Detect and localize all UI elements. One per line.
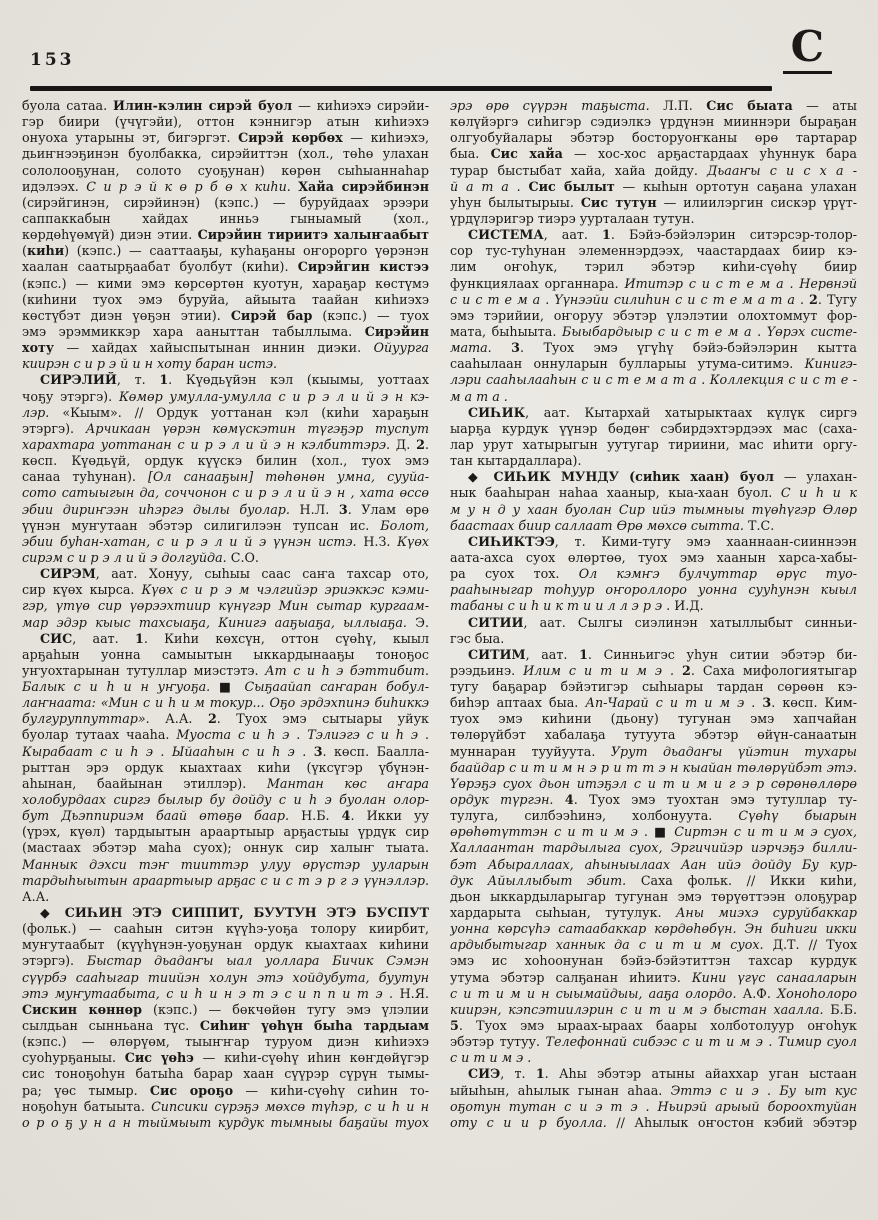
text-segment: СИҺИК	[468, 405, 525, 420]
text-line: булгуруппуттар». А.А. 2. Туох эмэ сытыар…	[22, 711, 429, 727]
text-line: ра; үөс тымыр. Сис ороҕо — киһи-сүөһү си…	[22, 1083, 429, 1099]
text-segment: мата.	[450, 340, 492, 355]
text-segment: Ап-Чарай с и т и м э .	[585, 695, 755, 710]
text-line: арҕаһын уонна самыытын ыккардынааҕы тоно…	[22, 647, 429, 663]
text-line: сор тус-туһунан элеменнэрдээх, чаастарда…	[450, 243, 857, 259]
text-line: лэри сааһылааһын с и с т е м а т а . Кол…	[450, 372, 857, 388]
text-line: А.А.	[22, 889, 429, 905]
text-line: уһун былытырыы. Сис тутун — илиилэргин с…	[450, 195, 857, 211]
text-line: (үрэх, күөл) тардыытын араартыыр арҕасты…	[22, 824, 429, 840]
text-segment: , аат. Сылгы сиэлинэн хатыллыбыт синньи-	[524, 615, 857, 630]
text-segment: лэр.	[22, 405, 49, 420]
text-segment: баайдар с и т и м н э р и т т э н кыайан…	[450, 760, 857, 775]
text-segment: 1	[159, 372, 168, 387]
text-segment: 4	[565, 792, 574, 807]
text-line: мар эдэр кыыс тахсыаҕа, Кинигэ ааҕыаҕа, …	[22, 615, 429, 631]
text-segment: . Туох эмэ сытыары уйук	[217, 711, 429, 726]
text-line: бэт Абыраллаах, аһыныылаах Аан ийэ дойду…	[450, 857, 857, 873]
text-line: рыттан эрэ ордук кыахтаах киһи (үксүгэр …	[22, 760, 429, 776]
text-line: рааһыныгар тоһуур оҥороллоро уонна сууһу…	[450, 582, 857, 598]
text-line: хаалан саатырҕаабат буолбут (киһи). Сирэ…	[22, 259, 429, 275]
text-line: тулуга, силбээһинэ, холбонуута. Сүөһү бы…	[450, 808, 857, 824]
text-segment: лаҥнаата: «Мин с и һ и м токур... Оҕо эр…	[22, 695, 429, 710]
text-line: ноҕоһун батыыта. Сипсики сүрэҕэ мөхсө тү…	[22, 1099, 429, 1115]
text-segment: (кэпс.) — өлөрүөм, тыыҥҥар туруом диэн к…	[22, 1034, 429, 1049]
text-segment: ыйыһын, аһылык гынан аһаа.	[450, 1083, 671, 1098]
text-line: холобурдаах сиргэ былыр бу дойду с и һ э…	[22, 792, 429, 808]
text-segment: — киһи-сүөһү иһин көҥдөйүгэр	[194, 1050, 429, 1065]
text-segment: Сипсики сүрэҕэ мөхсө түһэр, с и һ и н	[151, 1099, 429, 1114]
text-segment: 3	[339, 502, 348, 517]
text-segment: 1	[135, 631, 144, 646]
text-segment: лэри сааһылааһын с и с т е м а т а . Кол…	[450, 372, 857, 387]
text-segment: көрдөһүөмүй) диэн этии.	[22, 227, 198, 242]
text-segment: 1	[602, 227, 611, 242]
text-line: көлүйэргэ сиһигэр сэдиэлкэ үрдүнэн миинн…	[450, 114, 857, 130]
text-line: идэлээх. С и р э й к ө р б ө х киһи. Хай…	[22, 179, 429, 195]
text-segment: , т.	[500, 1066, 536, 1081]
text-segment: (киһини туох эмэ буруйа, айыыта таайан к…	[22, 292, 429, 307]
text-segment: чоҕу этэргэ).	[22, 389, 119, 404]
text-line: сирэм с и р э л и й э долгуйда. С.О.	[22, 550, 429, 566]
text-line: лаҥнаата: «Мин с и һ и м токур... Оҕо эр…	[22, 695, 429, 711]
text-line: этэргэ). Быстар дьадаҥы ыал уоллара Бичи…	[22, 953, 429, 969]
text-segment: рыттан эрэ ордук кыахтаах киһи (үксүгэр …	[22, 760, 429, 775]
text-line: сололооҕунан, солото суоҕунан) көрөн сыһ…	[22, 163, 429, 179]
text-segment: . Синньигэс уһун ситии эбэтэр би-	[588, 647, 857, 662]
text-line: СИРЭЛИЙ, т. 1. Күөдьүйэн кэл (кыымы, уот…	[22, 372, 429, 388]
text-segment: ■	[648, 824, 674, 839]
text-segment: Күөх	[397, 534, 429, 549]
text-segment: Ититэр с и с т е м а . Нервнэй	[625, 276, 857, 291]
text-segment: холобурдаах сиргэ былыр бу дойду с и һ э…	[22, 792, 429, 807]
text-segment: — хайдах хайыспытынан иннин диэки.	[54, 340, 374, 355]
text-segment: Сис тутун	[581, 195, 657, 210]
text-segment: уонна көрсүһэ сатаабаккар көрдөһөбүн. Эн…	[450, 921, 857, 936]
text-line: этэргэ). Арчикаан үөрэн көмүскэтин түгэҕ…	[22, 421, 429, 437]
text-line: Маннык дэхси тэҥ тииттэр улуу өрүстэр уу…	[22, 857, 429, 873]
column-left: буола сатаа. Илин-кэлин сирэй буол — киһ…	[22, 98, 429, 1131]
text-segment: с и т и м и н сыымайдыы, ааҕа олордо.	[450, 986, 736, 1001]
text-segment: (үрэх, күөл) тардыытын араартыыр арҕасты…	[22, 824, 429, 839]
text-segment: Сис ороҕо	[150, 1083, 233, 1098]
text-segment: муҥутаабыт (күүһүнэн-уоҕунан ордук кыахт…	[22, 937, 429, 952]
text-segment: . Туох эмэ туохтан эмэ тутуллар ту-	[574, 792, 857, 807]
text-segment: СИЭ	[468, 1066, 500, 1081]
text-line: мата. 3. Туох эмэ үгүһү бэйэ-бэйэлэрин к…	[450, 340, 857, 356]
text-segment: буолар тутаах чааһа.	[22, 727, 176, 742]
text-line: м а т а .	[450, 389, 857, 405]
text-segment: , аат.	[526, 647, 580, 662]
text-segment: гэс быа.	[450, 631, 504, 646]
text-segment: көстүбэт диэн үөҕэн этии).	[22, 308, 231, 323]
text-line: эбии дириҥээн иһэргэ дылы буолар. Н.Л. 3…	[22, 502, 429, 518]
text-segment: тугу баҕарар бэйэтигэр сыһыары тардан сө…	[450, 679, 857, 694]
text-segment: И.Д.	[670, 598, 703, 613]
text-line: ыарҕа курдук үүнэр бөдөҥ сэбирдэхтэрдээх…	[450, 421, 857, 437]
text-segment: 2	[416, 437, 425, 452]
text-segment: эмэ ис хоһоонунан бэйэ-бэйэтиттэн тахсар…	[450, 953, 857, 968]
text-segment: киһи	[27, 243, 64, 258]
text-line: олгуобуйалары эбэтэр босторуоҥканы өрө т…	[450, 130, 857, 146]
text-line: эбэтэр тутуу. Телефоннай сибээс с и т и …	[450, 1034, 857, 1050]
text-segment: Д.	[390, 437, 416, 452]
text-segment: Н.Л.	[290, 502, 339, 517]
text-segment: сылдьан сынньана түс.	[22, 1018, 200, 1033]
text-segment: киирэн, кэпсэтиилэрин с и т и м э быстан…	[450, 1002, 824, 1017]
text-line: Кырабаат с и һ э . Ыйааһын с и һ э . 3. …	[22, 744, 429, 760]
text-line: турар быстыбат хайа, хайа дойду. Дьааҥы …	[450, 163, 857, 179]
text-segment: Кини үгүс санааларын	[692, 970, 857, 985]
text-line: ардыбытыгар ханнык да с и т и м суох. Д.…	[450, 937, 857, 953]
text-segment: — улахан-	[774, 469, 857, 484]
text-segment: Болот,	[380, 518, 429, 533]
text-segment: СИТИИ	[468, 615, 524, 630]
text-line: киирэн с и р э й и н хоту баран истэ.	[22, 356, 429, 372]
text-line: (киһини туох эмэ буруйа, айыыта таайан к…	[22, 292, 429, 308]
text-line: о р о ҕ у н а н тыймыыт курдук тымныы ба…	[22, 1115, 429, 1131]
text-segment: . көсп. Ким-	[771, 695, 857, 710]
text-segment: Эттэ с и э . Бу ыт кус	[671, 1083, 857, 1098]
text-segment: 2	[809, 292, 818, 307]
text-segment: Сис хайа	[491, 146, 563, 161]
text-segment: хардарыта сыһыан, тутулук.	[450, 905, 676, 920]
text-segment: рааһыныгар тоһуур оҥороллоро уонна сууһу…	[450, 582, 857, 597]
text-line: дьон ыккардыларыгар тугунан эмэ төрүөттэ…	[450, 889, 857, 905]
text-segment: Илим с и т и м э .	[523, 663, 674, 678]
text-segment: Э.	[407, 615, 429, 630]
text-segment: буола сатаа.	[22, 98, 113, 113]
text-line: бут Дьэппириэм баай өтөҕө баар. Н.Б. 4. …	[22, 808, 429, 824]
text-line: аһынан, баайынан этиллэр). Мантан көс аҥ…	[22, 776, 429, 792]
text-line: сото сатыыгын да, соччонон с и р э л и й…	[22, 485, 429, 501]
text-segment: ноҕоһун батыыта.	[22, 1099, 151, 1114]
text-line: көсп. Күөдьүй, ордук күүскэ билин (хол.,…	[22, 453, 429, 469]
text-segment: 2	[682, 663, 691, 678]
text-segment: төлөрүйбэт хабалаҕа тутуута эбэтэр өйүн-…	[450, 727, 857, 742]
text-segment: аһынан, баайынан этиллэр).	[22, 776, 267, 791]
text-line: санаа туһунан). [Ол санааҕын] төһөнөн ум…	[22, 469, 429, 485]
text-line: харахтара уоттанан с и р э л и й э н кэл…	[22, 437, 429, 453]
text-segment: С и р э й к ө р б ө х киһи.	[86, 179, 291, 194]
text-segment: (мастаах эбэтэр маһа суох); оннук сир ха…	[22, 840, 429, 855]
text-segment: . Саха мифологиятыгар	[691, 663, 857, 678]
text-segment: — аты	[793, 98, 857, 113]
text-segment: үрдүлэригэр тиэрэ уурталаан тутун.	[450, 211, 695, 226]
text-segment: быа.	[450, 146, 491, 161]
text-segment	[674, 663, 682, 678]
text-segment: ) (кэпс.) — сааттааҕы, куһаҕаны оҥорорго…	[64, 243, 429, 258]
text-line: СИҺИКТЭЭ, т. Кими-тугу эмэ хааннаан-сиин…	[450, 534, 857, 550]
text-segment: дьон ыккардыларыгар тугунан эмэ төрүөттэ…	[450, 889, 857, 904]
text-segment: Сүөһү быарын	[738, 808, 857, 823]
text-line: ◆ СИҺИК МУНДУ (сиһик хаан) буол — улахан…	[450, 469, 857, 485]
text-segment: 2	[208, 711, 217, 726]
text-segment: бэт Абыраллаах, аһыныылаах Аан ийэ дойду…	[450, 857, 857, 872]
text-line: Үөрэҕэ суох дьон итэҕэл с и т и м и г э …	[450, 776, 857, 792]
text-segment: Сирэйгин кистээ	[298, 259, 429, 274]
text-segment: Илин-кэлин сирэй буол	[113, 98, 292, 113]
text-line: тугу баҕарар бэйэтигэр сыһыары тардан сө…	[450, 679, 857, 695]
text-line: (мастаах эбэтэр маһа суох); оннук сир ха…	[22, 840, 429, 856]
text-segment: Күөх с и р э м чэлгийэр эриэккэс кэми-	[141, 582, 429, 597]
text-line: (фольк.) — сааһын ситэн күүһэ-уоҕа толор…	[22, 921, 429, 937]
text-segment: оҕотун тутан с и э т э . Ньирэй арыый бо…	[450, 1099, 857, 1114]
section-letter: С	[783, 26, 832, 74]
text-line: көстүбэт диэн үөҕэн этии). Сирэй бар (кэ…	[22, 308, 429, 324]
text-segment: А.А.	[22, 889, 49, 904]
text-segment: Урут дьадаҥы үйэтин тухары	[611, 744, 857, 759]
text-segment: Т.С.	[744, 518, 774, 533]
text-segment: булгуруппуттар».	[22, 711, 150, 726]
text-segment: олгуобуйалары эбэтэр босторуоҥканы өрө т…	[450, 130, 857, 145]
text-line: (кэпс.) — өлөрүөм, тыыҥҥар туруом диэн к…	[22, 1034, 429, 1050]
text-segment: суоһурҕаныы.	[22, 1050, 125, 1065]
text-segment: Кырабаат с и һ э . Ыйааһын с и һ э .	[22, 744, 306, 759]
text-segment: Үөрэҕэ суох дьон итэҕэл с и т и м и г э …	[450, 776, 857, 791]
text-line: Сискин көннөр (кэпс.) — бөкчөйөн тугу эм…	[22, 1002, 429, 1018]
text-segment: [Ол санааҕын] төһөнөн умна, сууйа-	[148, 469, 429, 484]
text-segment: Н.Я.	[393, 986, 429, 1001]
text-segment: Хоноһолоро	[777, 986, 857, 1001]
text-segment: Сискин көннөр	[22, 1002, 142, 1017]
text-segment: Аны миэхэ суруйбаккар	[676, 905, 857, 920]
text-segment: . Улам өрө	[348, 502, 429, 517]
text-line: уонна көрсүһэ сатаабаккар көрдөһөбүн. Эн…	[450, 921, 857, 937]
text-line: ра суох тох. Ол кэмҥэ булчуттар өрүс туо…	[450, 566, 857, 582]
text-line: СИС, аат. 1. Киһи көхсүн, оттон сүөһү, к…	[22, 631, 429, 647]
text-segment: 3	[314, 744, 323, 759]
text-line: функциялаах органнара. Ититэр с и с т е …	[450, 276, 857, 292]
text-segment: лар урут хатырыгын уутугар тириини, мас …	[450, 437, 857, 452]
text-segment: үүнэн муҥутаан эбэтэр силигилээн тупсан …	[22, 518, 380, 533]
text-line: эмэ эрэммиккэр хара ааныттан табыллыма. …	[22, 324, 429, 340]
text-segment: Сирэй көрбөх	[238, 130, 343, 145]
text-segment	[553, 792, 564, 807]
text-segment: Дьааҥы с и с х а -	[707, 163, 857, 178]
text-line: баастаах биир саллаат Өрө мөхсө сытта. Т…	[450, 518, 857, 534]
text-segment: Сирэйин	[365, 324, 429, 339]
text-segment: эбии буһан-хатан, с и р э л и й э үүнэн …	[22, 534, 357, 549]
text-segment: арҕаһын уонна самыытын ыккардынааҕы тоно…	[22, 647, 429, 662]
text-line: киирэн, кэпсэтиилэрин с и т и м э быстан…	[450, 1002, 857, 1018]
text-segment: Хайа сирэйбинэн	[298, 179, 429, 194]
text-line: эрэ өрө сүүрэн таҕыста. Л.П. Сис быата —…	[450, 98, 857, 114]
text-line: лар урут хатырыгын уутугар тириини, мас …	[450, 437, 857, 453]
text-line: СИСТЕМА, аат. 1. Бэйэ-бэйэлэрин ситэрсэр…	[450, 227, 857, 243]
text-line: с и с т е м а . Үүнээйи силиһин с и с т …	[450, 292, 857, 308]
text-segment: . Тугу	[818, 292, 857, 307]
text-segment: СИРЭЛИЙ	[40, 372, 117, 387]
text-segment: ордук түргэн.	[450, 792, 553, 807]
column-right: эрэ өрө сүүрэн таҕыста. Л.П. Сис быата —…	[450, 98, 857, 1131]
text-line: эбии буһан-хатан, с и р э л и й э үүнэн …	[22, 534, 429, 550]
text-segment: эмэ эрэммиккэр хара ааныттан табыллыма.	[22, 324, 365, 339]
text-segment: Н.З.	[357, 534, 398, 549]
text-segment: А.А.	[150, 711, 208, 726]
text-segment: . көсп. Баалла-	[323, 744, 429, 759]
text-line: й а т а . Сис былыт — кыһын ортотун саҕа…	[450, 179, 857, 195]
text-segment: Сыҕаайап саҥаран бобул-	[245, 679, 429, 694]
text-line: с и т и м и н сыымайдыы, ааҕа олордо. А.…	[450, 986, 857, 1002]
text-segment: Телефоннай сибээс с и т и м э . Тимир су…	[546, 1034, 857, 1049]
text-segment: этэргэ).	[22, 421, 86, 436]
text-segment: дьиҥнээҕинэн буолбакка, сирэйиттэн (хол.…	[22, 146, 429, 161]
text-line: көрдөһүөмүй) диэн этии. Сирэйин тириитэ …	[22, 227, 429, 243]
text-segment: , аат. Кытархай хатырыктаах күлүк сиргэ	[525, 405, 857, 420]
text-line: гэр биири (үчүгэйи), оттон кэннигэр атын…	[22, 114, 429, 130]
text-segment: рээдьинэ.	[450, 663, 523, 678]
text-segment: Быыбардыыр с и с т е м а . Үөрэх систе-	[562, 324, 857, 339]
text-line: лэр. «Кыым». // Ордук уоттанан кэл (киһи…	[22, 405, 429, 421]
text-segment: Маннык дэхси тэҥ тииттэр улуу өрүстэр уу…	[22, 857, 429, 872]
text-segment: , т. Кими-тугу эмэ хааннаан-сииннээн	[555, 534, 857, 549]
text-line: (киһи) (кэпс.) — сааттааҕы, куһаҕаны оҥо…	[22, 243, 429, 259]
text-segment: Сис үөһэ	[125, 1050, 194, 1065]
text-segment: — киһиэхэ,	[343, 130, 429, 145]
text-segment: .	[425, 437, 429, 452]
text-segment: м а т а .	[450, 389, 508, 404]
text-segment: «Кыым». // Ордук уоттанан кэл (киһи хара…	[49, 405, 429, 420]
text-segment: — киһиэхэ сирэйи-	[292, 98, 429, 113]
text-segment: Сис былыт	[529, 179, 615, 194]
text-line: нык бааһыран наһаа хааныр, кыа-хаан буол…	[450, 485, 857, 501]
text-segment: мата, быһыыта.	[450, 324, 562, 339]
text-line: баайдар с и т и м н э р и т т э н кыайан…	[450, 760, 857, 776]
text-line: онуоха утарыны эт, бигэргэт. Сирэй көрбө…	[22, 130, 429, 146]
text-segment: Сиртэн с и т и м э суох,	[674, 824, 857, 839]
text-line: рээдьинэ. Илим с и т и м э . 2. Саха миф…	[450, 663, 857, 679]
text-segment: идэлээх.	[22, 179, 86, 194]
text-segment: , т.	[117, 372, 159, 387]
text-segment: Н.Б.	[289, 808, 342, 823]
text-segment: ра суох тох.	[450, 566, 579, 581]
text-line: үрдүлэригэр тиэрэ уурталаан тутун.	[450, 211, 857, 227]
text-segment: Муоста с и һ э . Тэлиэгэ с и һ э .	[176, 727, 429, 742]
text-segment: ■	[210, 679, 244, 694]
text-segment: хаалан саатырҕаабат буолбут (киһи).	[22, 259, 298, 274]
text-segment: Кинигэ-	[805, 356, 857, 371]
text-segment: онуоха утарыны эт, бигэргэт.	[22, 130, 238, 145]
header-rule	[30, 86, 772, 91]
text-segment: Сис быата	[706, 98, 793, 113]
text-segment: СИС	[40, 631, 72, 646]
text-segment: мар эдэр кыыс тахсыаҕа, Кинигэ ааҕыаҕа, …	[22, 615, 407, 630]
text-segment: туох эмэ киһини (дьону) тугунан эмэ хапч…	[450, 711, 857, 726]
text-segment: өрөһөтүттэн с и т и м э .	[450, 824, 648, 839]
text-line: хоту — хайдах хайыспытынан иннин диэки. …	[22, 340, 429, 356]
text-segment: сото сатыыгын да, соччонон с и р э л и й…	[22, 485, 429, 500]
text-line: буолар тутаах чааһа. Муоста с и һ э . Тэ…	[22, 727, 429, 743]
text-segment: о р о ҕ у н а н тыймыыт курдук тымныы ба…	[22, 1115, 429, 1130]
text-segment: , аат.	[544, 227, 602, 242]
text-segment: 1	[536, 1066, 545, 1081]
text-segment	[492, 340, 511, 355]
text-segment: утума эбэтэр салҕанан иһиитэ.	[450, 970, 692, 985]
text-segment: табаны с и һ и к т и и л л э р э .	[450, 598, 670, 613]
text-segment: (кэпс.) — кими эмэ көрсөртөн куотун, хар…	[22, 276, 429, 291]
text-segment: көсп. Күөдьүй, ордук күүскэ билин (хол.,…	[22, 453, 429, 468]
text-segment: А.Ф.	[736, 986, 777, 1001]
text-segment: сис тоноҕоһун батыһа барар хаан сүүрэр с…	[22, 1066, 429, 1081]
text-line: үүнэн муҥутаан эбэтэр силигилээн тупсан …	[22, 518, 429, 534]
text-segment: биһэр аптаах быа.	[450, 695, 585, 710]
text-segment: Б.Б.	[824, 1002, 857, 1017]
text-line: с и т и м э .	[450, 1050, 857, 1066]
text-line: табаны с и һ и к т и и л л э р э . И.Д.	[450, 598, 857, 614]
page-number: 153	[30, 50, 75, 70]
text-segment: сирэм с и р э л и й э долгуйда.	[22, 550, 227, 565]
text-segment: саппаккабын хайдах инньэ гыныамый (хол.,	[22, 211, 429, 226]
text-line: СИРЭМ, аат. Хонуу, сыһыы саас саҥа тахса…	[22, 566, 429, 582]
text-line: сылдьан сынньана түс. Сиһиҥ үөһүн быһа т…	[22, 1018, 429, 1034]
text-segment: СИСТЕМА	[468, 227, 544, 242]
text-line: муҥутаабыт (күүһүнэн-уоҕунан ордук кыахт…	[22, 937, 429, 953]
text-segment: бут Дьэппириэм баай өтөҕө баар.	[22, 808, 289, 823]
text-segment: СИҺИКТЭЭ	[468, 534, 555, 549]
text-line: дук Айыллыбыт эбит. Саха фольк. // Икки …	[450, 873, 857, 889]
text-line: быа. Сис хайа — хос-хос арҕастардаах уһу…	[450, 146, 857, 162]
text-line: уҥуохтарынан тутуллар миэстэтэ. Ат с и һ…	[22, 663, 429, 679]
text-segment: хоту	[22, 340, 54, 355]
text-line: дьиҥнээҕинэн буолбакка, сирэйиттэн (хол.…	[22, 146, 429, 162]
text-segment: , аат. Хонуу, сыһыы саас саҥа тахсар ото…	[96, 566, 429, 581]
text-segment: эбэтэр тутуу.	[450, 1034, 546, 1049]
text-segment: сололооҕунан, солото суоҕунан) көрөн сыһ…	[22, 163, 429, 178]
text-line: сир күөх кырса. Күөх с и р э м чэлгийэр …	[22, 582, 429, 598]
text-segment: . Бэйэ-бэйэлэрин ситэрсэр-толор-	[611, 227, 857, 242]
text-line: хардарыта сыһыан, тутулук. Аны миэхэ сур…	[450, 905, 857, 921]
text-segment: Саха фольк. // Икки киһи,	[626, 873, 857, 888]
text-line: СИҺИК, аат. Кытархай хатырыктаах күлүк с…	[450, 405, 857, 421]
text-line: муннаран тууйуута. Урут дьадаҥы үйэтин т…	[450, 744, 857, 760]
text-segment: Мантан көс аҥара	[267, 776, 429, 791]
dictionary-page: 153 С буола сатаа. Илин-кэлин сирэй буол…	[0, 0, 878, 1220]
text-line: гэс быа.	[450, 631, 857, 647]
text-segment: Сирэй бар	[231, 308, 313, 323]
text-segment: СИҺИН ЭТЭ СИППИТ, БУУТУН ЭТЭ БУСПУТ	[65, 905, 429, 920]
text-line: этэ муҥутаабыта, с и һ и н э т э с и п п…	[22, 986, 429, 1002]
text-segment: . Аһы эбэтэр атыны айаххар уган ыстаан	[545, 1066, 857, 1081]
text-segment: Д.Т. // Туох	[764, 937, 857, 952]
text-line: ыйыһын, аһылык гынан аһаа. Эттэ с и э . …	[450, 1083, 857, 1099]
text-segment: , аат.	[72, 631, 135, 646]
text-segment: гэр биири (үчүгэйи), оттон кэннигэр атын…	[22, 114, 429, 129]
text-segment: . Киһи көхсүн, оттон сүөһү, кыыл	[144, 631, 429, 646]
text-line: чоҕу этэргэ). Көмөр умулла-умулла с и р …	[22, 389, 429, 405]
text-segment: турар быстыбат хайа, хайа дойду.	[450, 163, 707, 178]
text-segment: СИРЭМ	[40, 566, 96, 581]
text-line: тардыһыытын араартыыр арҕас с и с т э р …	[22, 873, 429, 889]
text-line: СИТИИ, аат. Сылгы сиэлинэн хатыллыбыт си…	[450, 615, 857, 631]
text-segment: тардыһыытын араартыыр арҕас с и с т э р …	[22, 873, 429, 888]
text-line: сааһылаан оннуларын булларыы утума-ситим…	[450, 356, 857, 372]
text-segment: функциялаах органнара.	[450, 276, 625, 291]
text-segment: Ат с и һ э бэттибит.	[265, 663, 429, 678]
text-line: эмэ тэрийии, оҥоруу эбэтэр үлэлэтии олох…	[450, 308, 857, 324]
text-segment: ра; үөс тымыр.	[22, 1083, 150, 1098]
text-line: оҕотун тутан с и э т э . Ньирэй арыый бо…	[450, 1099, 857, 1115]
text-line: утума эбэтэр салҕанан иһиитэ. Кини үгүс …	[450, 970, 857, 986]
text-segment: м у н д у хаан буолан Сир ийэ тымныы түө…	[450, 502, 857, 517]
text-segment: уҥуохтарынан тутуллар миэстэтэ.	[22, 663, 265, 678]
text-line: өрөһөтүттэн с и т и м э . ■ Сиртэн с и т…	[450, 824, 857, 840]
text-segment: сир күөх кырса.	[22, 582, 141, 597]
text-segment: киирэн с и р э й и н хоту баран истэ.	[22, 356, 277, 371]
text-segment: сор тус-туһунан элеменнэрдээх, чаастарда…	[450, 243, 857, 258]
text-line: Балык с и һ и н уҥуоҕа. ■ Сыҕаайап саҥар…	[22, 679, 429, 695]
text-segment: — илиилэргин сискэр үрүт-	[657, 195, 857, 210]
